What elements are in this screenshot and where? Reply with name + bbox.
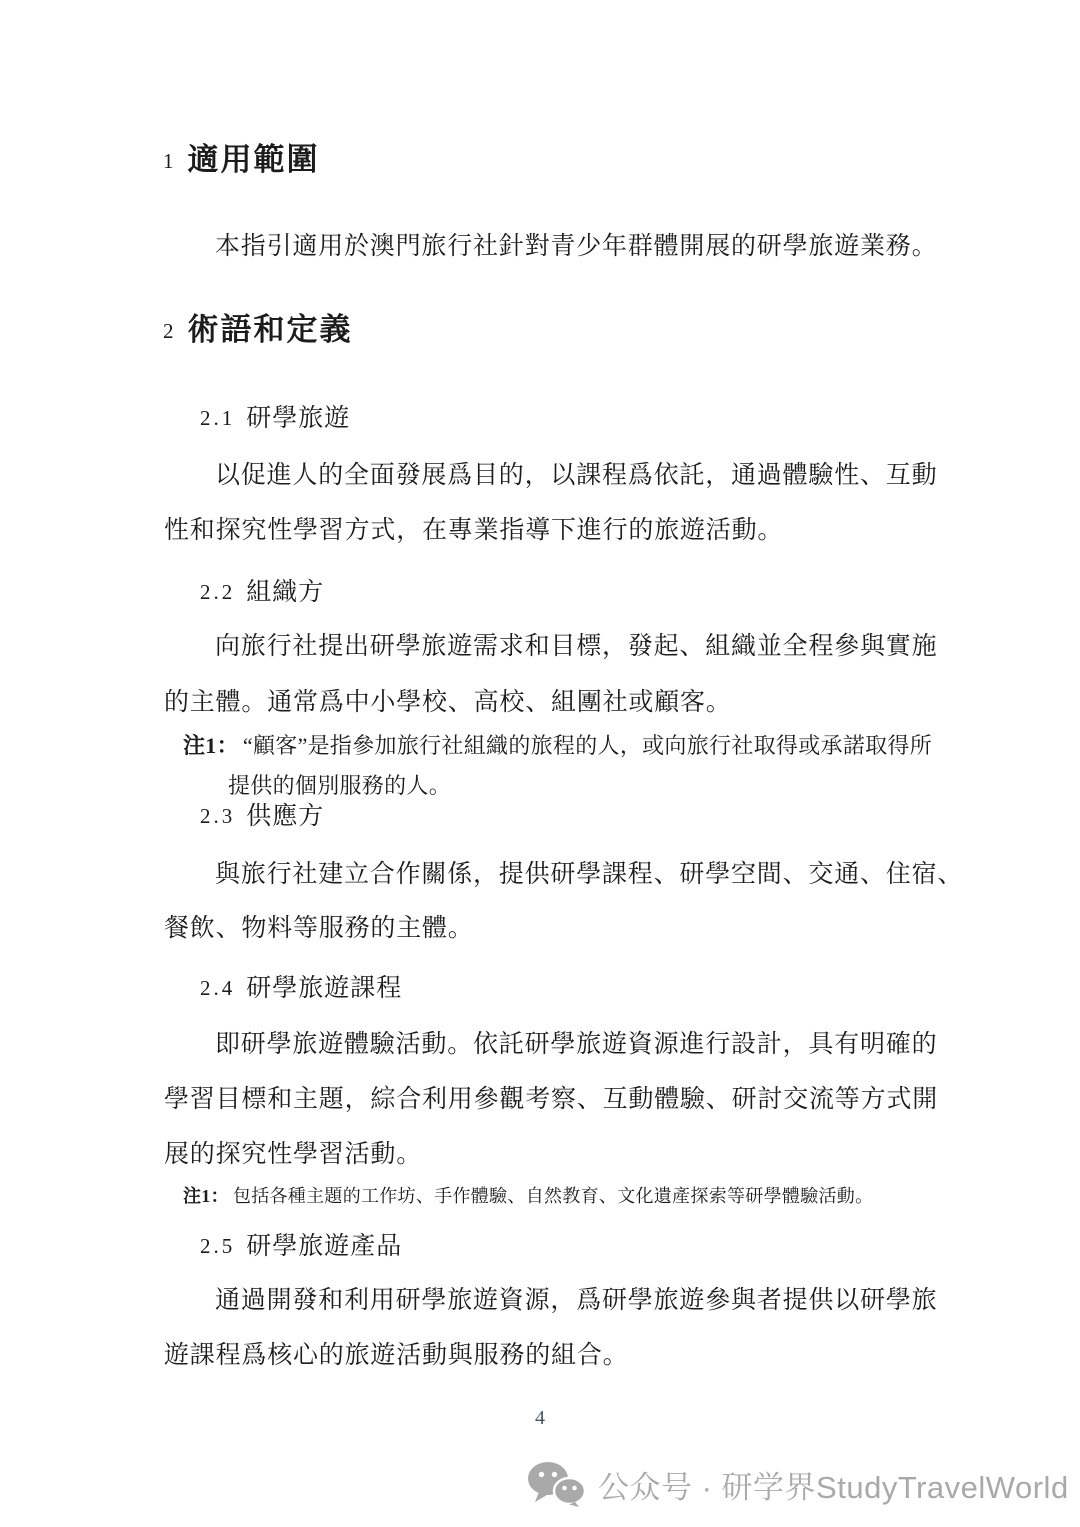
chapter-number: 1 (163, 149, 175, 174)
subsection-number: 2.2 (200, 580, 235, 605)
paragraph-line: 遊課程爲核心的旅遊活動與服務的組合。 (164, 1335, 628, 1371)
watermark: 公众号 · 研学界StudyTravelWorld (527, 1461, 1069, 1507)
paragraph-line: 以促進人的全面發展爲目的，以課程爲依託，通過體驗性、互動 (215, 455, 937, 491)
note-text: “顧客”是指參加旅行社組織的旅程的人，或向旅行社取得或承諾取得所 (243, 733, 932, 758)
paragraph-line: 即研學旅遊體驗活動。依託研學旅遊資源進行設計，具有明確的 (215, 1024, 937, 1060)
subsection-title: 供應方 (246, 803, 324, 830)
chapter-title: 術語和定義 (188, 312, 353, 347)
subsection-title: 研學旅遊 (246, 405, 350, 432)
chapter-number: 2 (163, 319, 175, 344)
subsection-title: 研學旅遊產品 (246, 1233, 402, 1260)
chapter-heading-1: 1適用範圍 (163, 134, 320, 179)
paragraph-line: 與旅行社建立合作關係，提供研學課程、研學空間、交通、住宿、 (215, 854, 963, 890)
paragraph-line: 通過開發和利用研學旅遊資源，爲研學旅遊參與者提供以研學旅 (215, 1280, 937, 1316)
paragraph-line: 餐飲、物料等服務的主體。 (164, 908, 474, 944)
page-number: 4 (0, 1407, 1080, 1430)
note-line: 注1：“顧客”是指參加旅行社組織的旅程的人，或向旅行社取得或承諾取得所 (183, 729, 932, 760)
note-text: 包括各種主題的工作坊、手作體驗、自然教育、文化遺產探索等研學體驗活動。 (233, 1186, 874, 1206)
subsection-number: 2.4 (200, 976, 235, 1001)
paragraph-line: 的主體。通常爲中小學校、高校、組團社或顧客。 (164, 682, 732, 718)
subsection-heading-2-4: 2.4研學旅遊課程 (200, 968, 402, 1004)
wechat-icon (527, 1461, 587, 1507)
note-line: 注1：包括各種主題的工作坊、手作體驗、自然教育、文化遺產探索等研學體驗活動。 (183, 1182, 873, 1208)
subsection-title: 研學旅遊課程 (246, 975, 402, 1002)
chapter-heading-2: 2術語和定義 (163, 304, 353, 349)
document-page: 1適用範圍 本指引適用於澳門旅行社針對青少年群體開展的研學旅遊業務。 2術語和定… (0, 0, 1080, 1527)
subsection-heading-2-1: 2.1研學旅遊 (200, 398, 350, 434)
subsection-number: 2.5 (200, 1234, 235, 1259)
paragraph-line: 性和探究性學習方式，在專業指導下進行的旅遊活動。 (164, 510, 783, 546)
paragraph-line: 本指引適用於澳門旅行社針對青少年群體開展的研學旅遊業務。 (215, 226, 937, 262)
subsection-heading-2-3: 2.3供應方 (200, 796, 324, 832)
paragraph-line: 學習目標和主題，綜合利用參觀考察、互動體驗、研討交流等方式開 (164, 1079, 938, 1115)
watermark-text: 公众号 · 研学界StudyTravelWorld (598, 1462, 1069, 1507)
note-label: 注1： (183, 733, 239, 758)
chapter-title: 適用範圍 (188, 142, 320, 177)
paragraph-line: 向旅行社提出研學旅遊需求和目標，發起、組織並全程參與實施 (215, 626, 937, 662)
subsection-heading-2-5: 2.5研學旅遊產品 (200, 1226, 402, 1262)
note-label: 注1： (183, 1186, 229, 1206)
subsection-number: 2.3 (200, 804, 235, 829)
subsection-heading-2-2: 2.2組織方 (200, 572, 324, 608)
subsection-number: 2.1 (200, 406, 235, 431)
subsection-title: 組織方 (246, 579, 324, 606)
paragraph-line: 展的探究性學習活動。 (164, 1134, 422, 1170)
